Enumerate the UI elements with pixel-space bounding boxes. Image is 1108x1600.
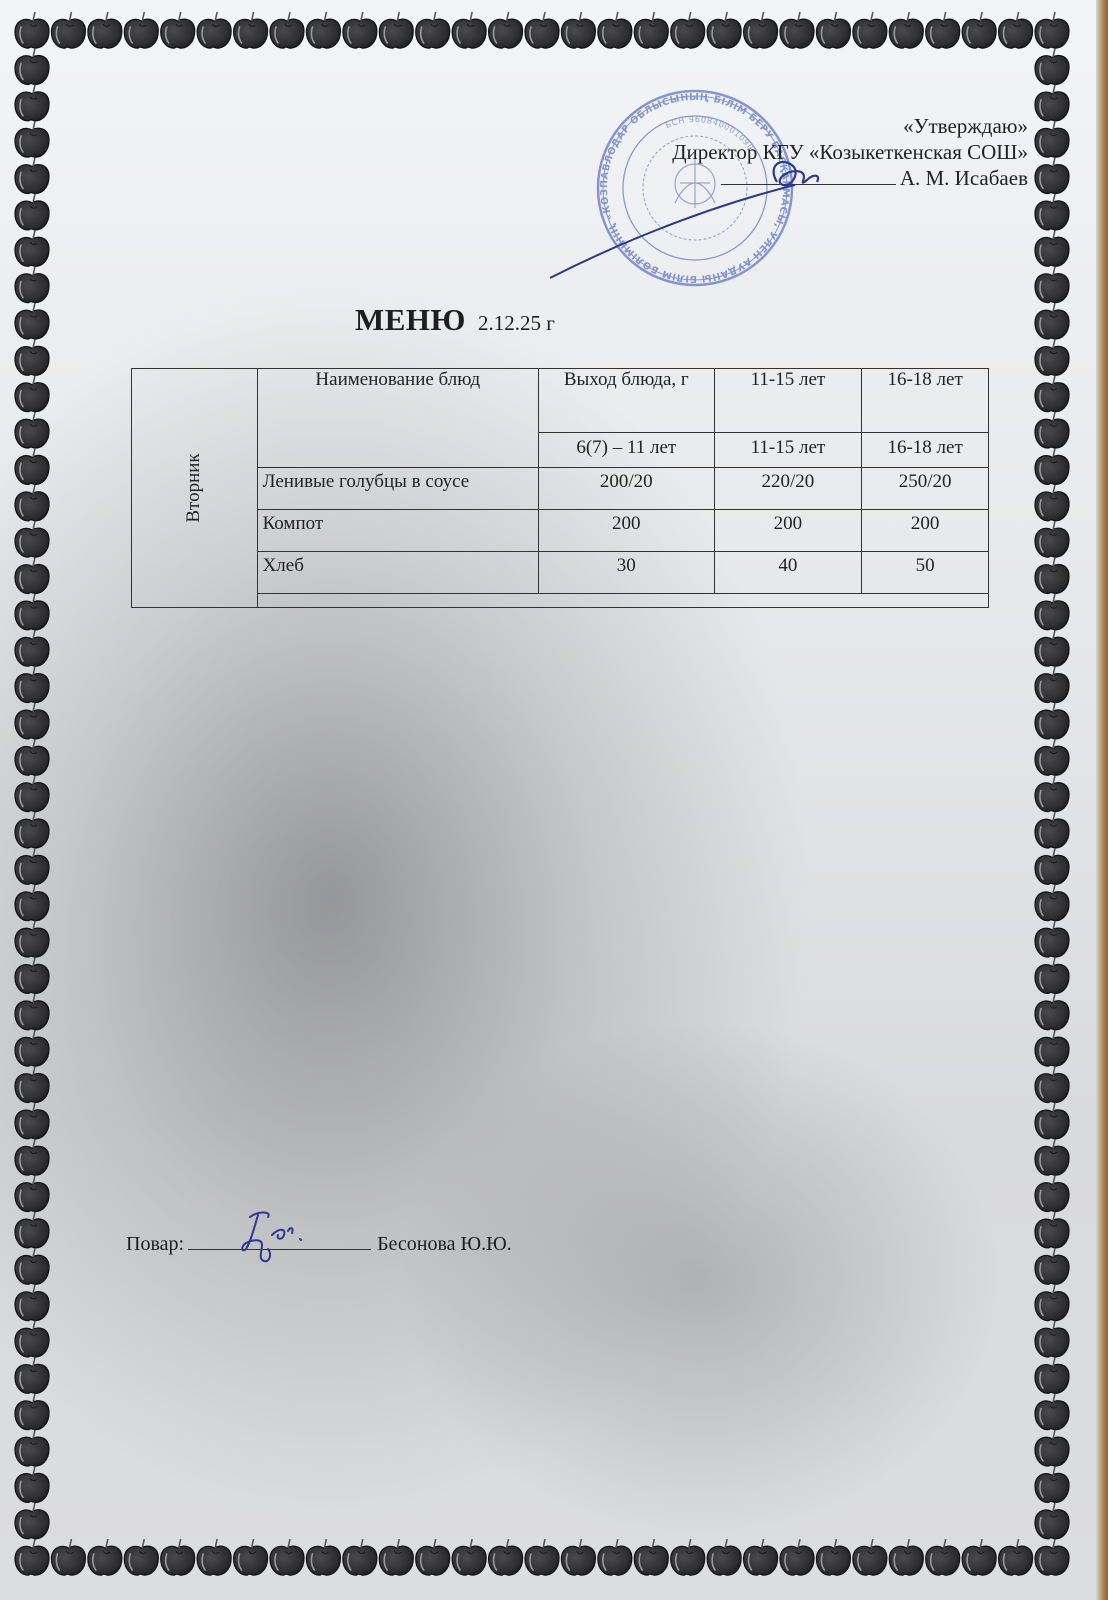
header-portion: Выход блюда, г — [538, 369, 714, 433]
header-age-6-11: 6(7) – 11 лет — [538, 433, 714, 468]
portion-6-11: 30 — [538, 552, 714, 594]
portion-16-18: 200 — [862, 510, 989, 552]
cook-label: Повар: — [126, 1233, 184, 1255]
cook-name: Бесонова Ю.Ю. — [377, 1233, 512, 1255]
header-age-11-15: 11-15 лет — [714, 369, 862, 433]
header-age-11-15-b: 11-15 лет — [714, 433, 862, 468]
header-row: Вторник Наименование блюд Выход блюда, г… — [132, 369, 989, 433]
header-dish-name: Наименование блюд — [257, 369, 538, 468]
portion-16-18: 50 — [862, 552, 989, 594]
dish-name: Ленивые голубцы в соусе — [257, 468, 538, 510]
table-surface — [1096, 0, 1108, 1600]
director-signature — [545, 150, 845, 285]
cook-signature-block: Повар:Бесонова Ю.Ю. — [126, 1231, 512, 1256]
cook-signature — [228, 1205, 318, 1265]
table-row: Ленивые голубцы в соусе 200/20 220/20 25… — [132, 468, 989, 510]
title-main: МЕНЮ — [355, 302, 466, 337]
day-cell: Вторник — [132, 369, 258, 608]
table-row: Хлеб 30 40 50 — [132, 552, 989, 594]
portion-11-15: 200 — [714, 510, 862, 552]
approval-label: «Утверждаю» — [672, 113, 1028, 139]
header-age-16-18: 16-18 лет — [862, 369, 989, 433]
portion-6-11: 200 — [538, 510, 714, 552]
header-age-16-18-b: 16-18 лет — [862, 433, 989, 468]
menu-table: Вторник Наименование блюд Выход блюда, г… — [131, 368, 989, 608]
portion-6-11: 200/20 — [538, 468, 714, 510]
empty-cell — [257, 594, 988, 608]
empty-row — [132, 594, 989, 608]
day-label: Вторник — [183, 453, 205, 522]
portion-11-15: 40 — [714, 552, 862, 594]
portion-11-15: 220/20 — [714, 468, 862, 510]
table-row: Компот 200 200 200 — [132, 510, 989, 552]
dish-name: Компот — [257, 510, 538, 552]
approval-signatory: А. М. Исабаев — [900, 166, 1028, 190]
page-title: МЕНЮ 2.12.25 г — [355, 302, 555, 338]
title-date: 2.12.25 г — [478, 311, 555, 335]
dish-name: Хлеб — [257, 552, 538, 594]
portion-16-18: 250/20 — [862, 468, 989, 510]
